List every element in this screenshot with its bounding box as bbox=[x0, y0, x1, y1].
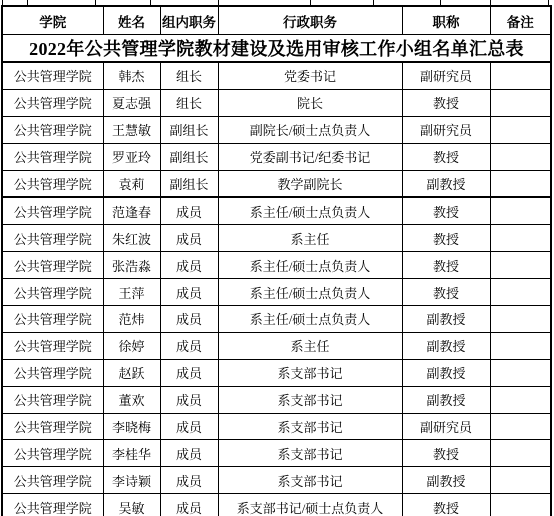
table-row: 公共管理学院 徐婷 成员 系主任 副教授 bbox=[2, 332, 551, 359]
table-row: 公共管理学院 韩杰 组长 党委书记 副研究员 bbox=[2, 62, 551, 89]
cell-rank: 教授 bbox=[402, 143, 490, 170]
cell-admin-role: 系主任 bbox=[218, 332, 402, 359]
cell-group-role: 成员 bbox=[160, 386, 218, 413]
cell-note bbox=[490, 116, 551, 143]
cell-admin-role: 系支部书记 bbox=[218, 413, 402, 440]
cell-group-role: 成员 bbox=[160, 252, 218, 279]
table-row: 公共管理学院 范逢春 成员 系主任/硕士点负责人 教授 bbox=[2, 197, 551, 224]
column-header-college: 学院 bbox=[2, 6, 103, 35]
cell-admin-role: 系支部书记 bbox=[218, 386, 402, 413]
cell-college: 公共管理学院 bbox=[2, 197, 103, 224]
column-header-admin-role: 行政职务 bbox=[218, 6, 402, 35]
cell-rank: 教授 bbox=[402, 89, 490, 116]
cell-rank: 副教授 bbox=[402, 332, 490, 359]
cell-group-role: 副组长 bbox=[160, 170, 218, 197]
cell-rank: 副研究员 bbox=[402, 413, 490, 440]
cell-name: 李晓梅 bbox=[103, 413, 160, 440]
cell-note bbox=[490, 197, 551, 224]
cell-rank: 教授 bbox=[402, 197, 490, 224]
cell-name: 董欢 bbox=[103, 386, 160, 413]
cell-group-role: 成员 bbox=[160, 197, 218, 224]
cell-admin-role: 院长 bbox=[218, 89, 402, 116]
cell-admin-role: 教学副院长 bbox=[218, 170, 402, 197]
cell-rank: 副教授 bbox=[402, 170, 490, 197]
cell-name: 罗亚玲 bbox=[103, 143, 160, 170]
cell-rank: 副教授 bbox=[402, 467, 490, 494]
cell-group-role: 成员 bbox=[160, 413, 218, 440]
cell-name: 夏志强 bbox=[103, 89, 160, 116]
cell-college: 公共管理学院 bbox=[2, 494, 103, 516]
cell-group-role: 成员 bbox=[160, 225, 218, 252]
table-row: 公共管理学院 张浩淼 成员 系主任/硕士点负责人 教授 bbox=[2, 252, 551, 279]
cell-note bbox=[490, 332, 551, 359]
cell-rank: 副教授 bbox=[402, 386, 490, 413]
cell-note bbox=[490, 386, 551, 413]
cell-college: 公共管理学院 bbox=[2, 413, 103, 440]
cell-college: 公共管理学院 bbox=[2, 359, 103, 386]
table-row: 公共管理学院 范炜 成员 系主任/硕士点负责人 副教授 bbox=[2, 306, 551, 333]
cell-note bbox=[490, 225, 551, 252]
cell-college: 公共管理学院 bbox=[2, 386, 103, 413]
table-row: 公共管理学院 朱红波 成员 系主任 教授 bbox=[2, 225, 551, 252]
cell-note bbox=[490, 143, 551, 170]
cell-group-role: 组长 bbox=[160, 89, 218, 116]
table-row: 公共管理学院 夏志强 组长 院长 教授 bbox=[2, 89, 551, 116]
cell-admin-role: 党委副书记/纪委书记 bbox=[218, 143, 402, 170]
cell-admin-role: 系主任/硕士点负责人 bbox=[218, 252, 402, 279]
cell-group-role: 副组长 bbox=[160, 116, 218, 143]
table-row: 公共管理学院 赵跃 成员 系支部书记 副教授 bbox=[2, 359, 551, 386]
table-row: 公共管理学院 袁莉 副组长 教学副院长 副教授 bbox=[2, 170, 551, 197]
table-row: 公共管理学院 李诗颖 成员 系支部书记 副教授 bbox=[2, 467, 551, 494]
cell-note bbox=[490, 359, 551, 386]
column-header-group-role: 组内职务 bbox=[160, 6, 218, 35]
table-header-row: 学院 姓名 组内职务 行政职务 职称 备注 bbox=[2, 6, 551, 35]
table-row: 公共管理学院 李晓梅 成员 系支部书记 副研究员 bbox=[2, 413, 551, 440]
cell-note bbox=[490, 413, 551, 440]
cell-name: 徐婷 bbox=[103, 332, 160, 359]
cell-rank: 教授 bbox=[402, 440, 490, 467]
cell-note bbox=[490, 89, 551, 116]
cell-name: 张浩淼 bbox=[103, 252, 160, 279]
cell-group-role: 成员 bbox=[160, 306, 218, 333]
page-title: 2022年公共管理学院教材建设及选用审核工作小组名单汇总表 bbox=[2, 35, 551, 63]
table-title-row: 2022年公共管理学院教材建设及选用审核工作小组名单汇总表 bbox=[2, 35, 551, 63]
cell-college: 公共管理学院 bbox=[2, 62, 103, 89]
cell-group-role: 副组长 bbox=[160, 143, 218, 170]
cell-note bbox=[490, 306, 551, 333]
table-row: 公共管理学院 吴敏 成员 系支部书记/硕士点负责人 教授 bbox=[2, 494, 551, 516]
cell-group-role: 成员 bbox=[160, 440, 218, 467]
table-body: 公共管理学院 韩杰 组长 党委书记 副研究员 公共管理学院 夏志强 组长 院长 … bbox=[2, 62, 551, 516]
cell-note bbox=[490, 170, 551, 197]
cell-admin-role: 系主任/硕士点负责人 bbox=[218, 197, 402, 224]
cell-group-role: 组长 bbox=[160, 62, 218, 89]
cell-college: 公共管理学院 bbox=[2, 467, 103, 494]
cell-name: 王萍 bbox=[103, 279, 160, 306]
column-header-note: 备注 bbox=[490, 6, 551, 35]
cell-admin-role: 系支部书记/硕士点负责人 bbox=[218, 494, 402, 516]
cell-name: 范炜 bbox=[103, 306, 160, 333]
cell-college: 公共管理学院 bbox=[2, 89, 103, 116]
table-row: 公共管理学院 王慧敏 副组长 副院长/硕士点负责人 副研究员 bbox=[2, 116, 551, 143]
cell-group-role: 成员 bbox=[160, 332, 218, 359]
spreadsheet-view: 2022年公共管理学院教材建设及选用审核工作小组名单汇总表 学院 姓名 组内职务… bbox=[0, 0, 554, 516]
cell-group-role: 成员 bbox=[160, 359, 218, 386]
cell-rank: 教授 bbox=[402, 252, 490, 279]
cell-note bbox=[490, 62, 551, 89]
cell-note bbox=[490, 494, 551, 516]
cell-college: 公共管理学院 bbox=[2, 279, 103, 306]
table-row: 公共管理学院 董欢 成员 系支部书记 副教授 bbox=[2, 386, 551, 413]
cell-college: 公共管理学院 bbox=[2, 332, 103, 359]
cell-note bbox=[490, 252, 551, 279]
column-header-name: 姓名 bbox=[103, 6, 160, 35]
cell-admin-role: 系主任 bbox=[218, 225, 402, 252]
cell-name: 朱红波 bbox=[103, 225, 160, 252]
cell-college: 公共管理学院 bbox=[2, 440, 103, 467]
cell-admin-role: 系支部书记 bbox=[218, 440, 402, 467]
cell-name: 范逢春 bbox=[103, 197, 160, 224]
cell-name: 韩杰 bbox=[103, 62, 160, 89]
cell-name: 李桂华 bbox=[103, 440, 160, 467]
cell-college: 公共管理学院 bbox=[2, 225, 103, 252]
cell-admin-role: 副院长/硕士点负责人 bbox=[218, 116, 402, 143]
cell-group-role: 成员 bbox=[160, 467, 218, 494]
cell-note bbox=[490, 467, 551, 494]
column-header-rank: 职称 bbox=[402, 6, 490, 35]
cell-name: 吴敏 bbox=[103, 494, 160, 516]
cell-rank: 教授 bbox=[402, 279, 490, 306]
cell-admin-role: 系主任/硕士点负责人 bbox=[218, 306, 402, 333]
cell-college: 公共管理学院 bbox=[2, 306, 103, 333]
cell-college: 公共管理学院 bbox=[2, 170, 103, 197]
table-row: 公共管理学院 李桂华 成员 系支部书记 教授 bbox=[2, 440, 551, 467]
cell-rank: 教授 bbox=[402, 225, 490, 252]
cell-admin-role: 系支部书记 bbox=[218, 359, 402, 386]
roster-table: 2022年公共管理学院教材建设及选用审核工作小组名单汇总表 学院 姓名 组内职务… bbox=[1, 5, 552, 516]
cell-name: 李诗颖 bbox=[103, 467, 160, 494]
cell-rank: 教授 bbox=[402, 494, 490, 516]
table-row: 公共管理学院 罗亚玲 副组长 党委副书记/纪委书记 教授 bbox=[2, 143, 551, 170]
cell-rank: 副研究员 bbox=[402, 116, 490, 143]
cell-college: 公共管理学院 bbox=[2, 252, 103, 279]
cell-group-role: 成员 bbox=[160, 494, 218, 516]
cell-rank: 副教授 bbox=[402, 306, 490, 333]
cell-admin-role: 系支部书记 bbox=[218, 467, 402, 494]
cell-rank: 副研究员 bbox=[402, 62, 490, 89]
cell-note bbox=[490, 279, 551, 306]
cell-college: 公共管理学院 bbox=[2, 143, 103, 170]
cell-name: 赵跃 bbox=[103, 359, 160, 386]
cell-name: 王慧敏 bbox=[103, 116, 160, 143]
table-row: 公共管理学院 王萍 成员 系主任/硕士点负责人 教授 bbox=[2, 279, 551, 306]
cell-admin-role: 党委书记 bbox=[218, 62, 402, 89]
cell-rank: 副教授 bbox=[402, 359, 490, 386]
cell-admin-role: 系主任/硕士点负责人 bbox=[218, 279, 402, 306]
cell-group-role: 成员 bbox=[160, 279, 218, 306]
cell-name: 袁莉 bbox=[103, 170, 160, 197]
cell-note bbox=[490, 440, 551, 467]
cell-college: 公共管理学院 bbox=[2, 116, 103, 143]
